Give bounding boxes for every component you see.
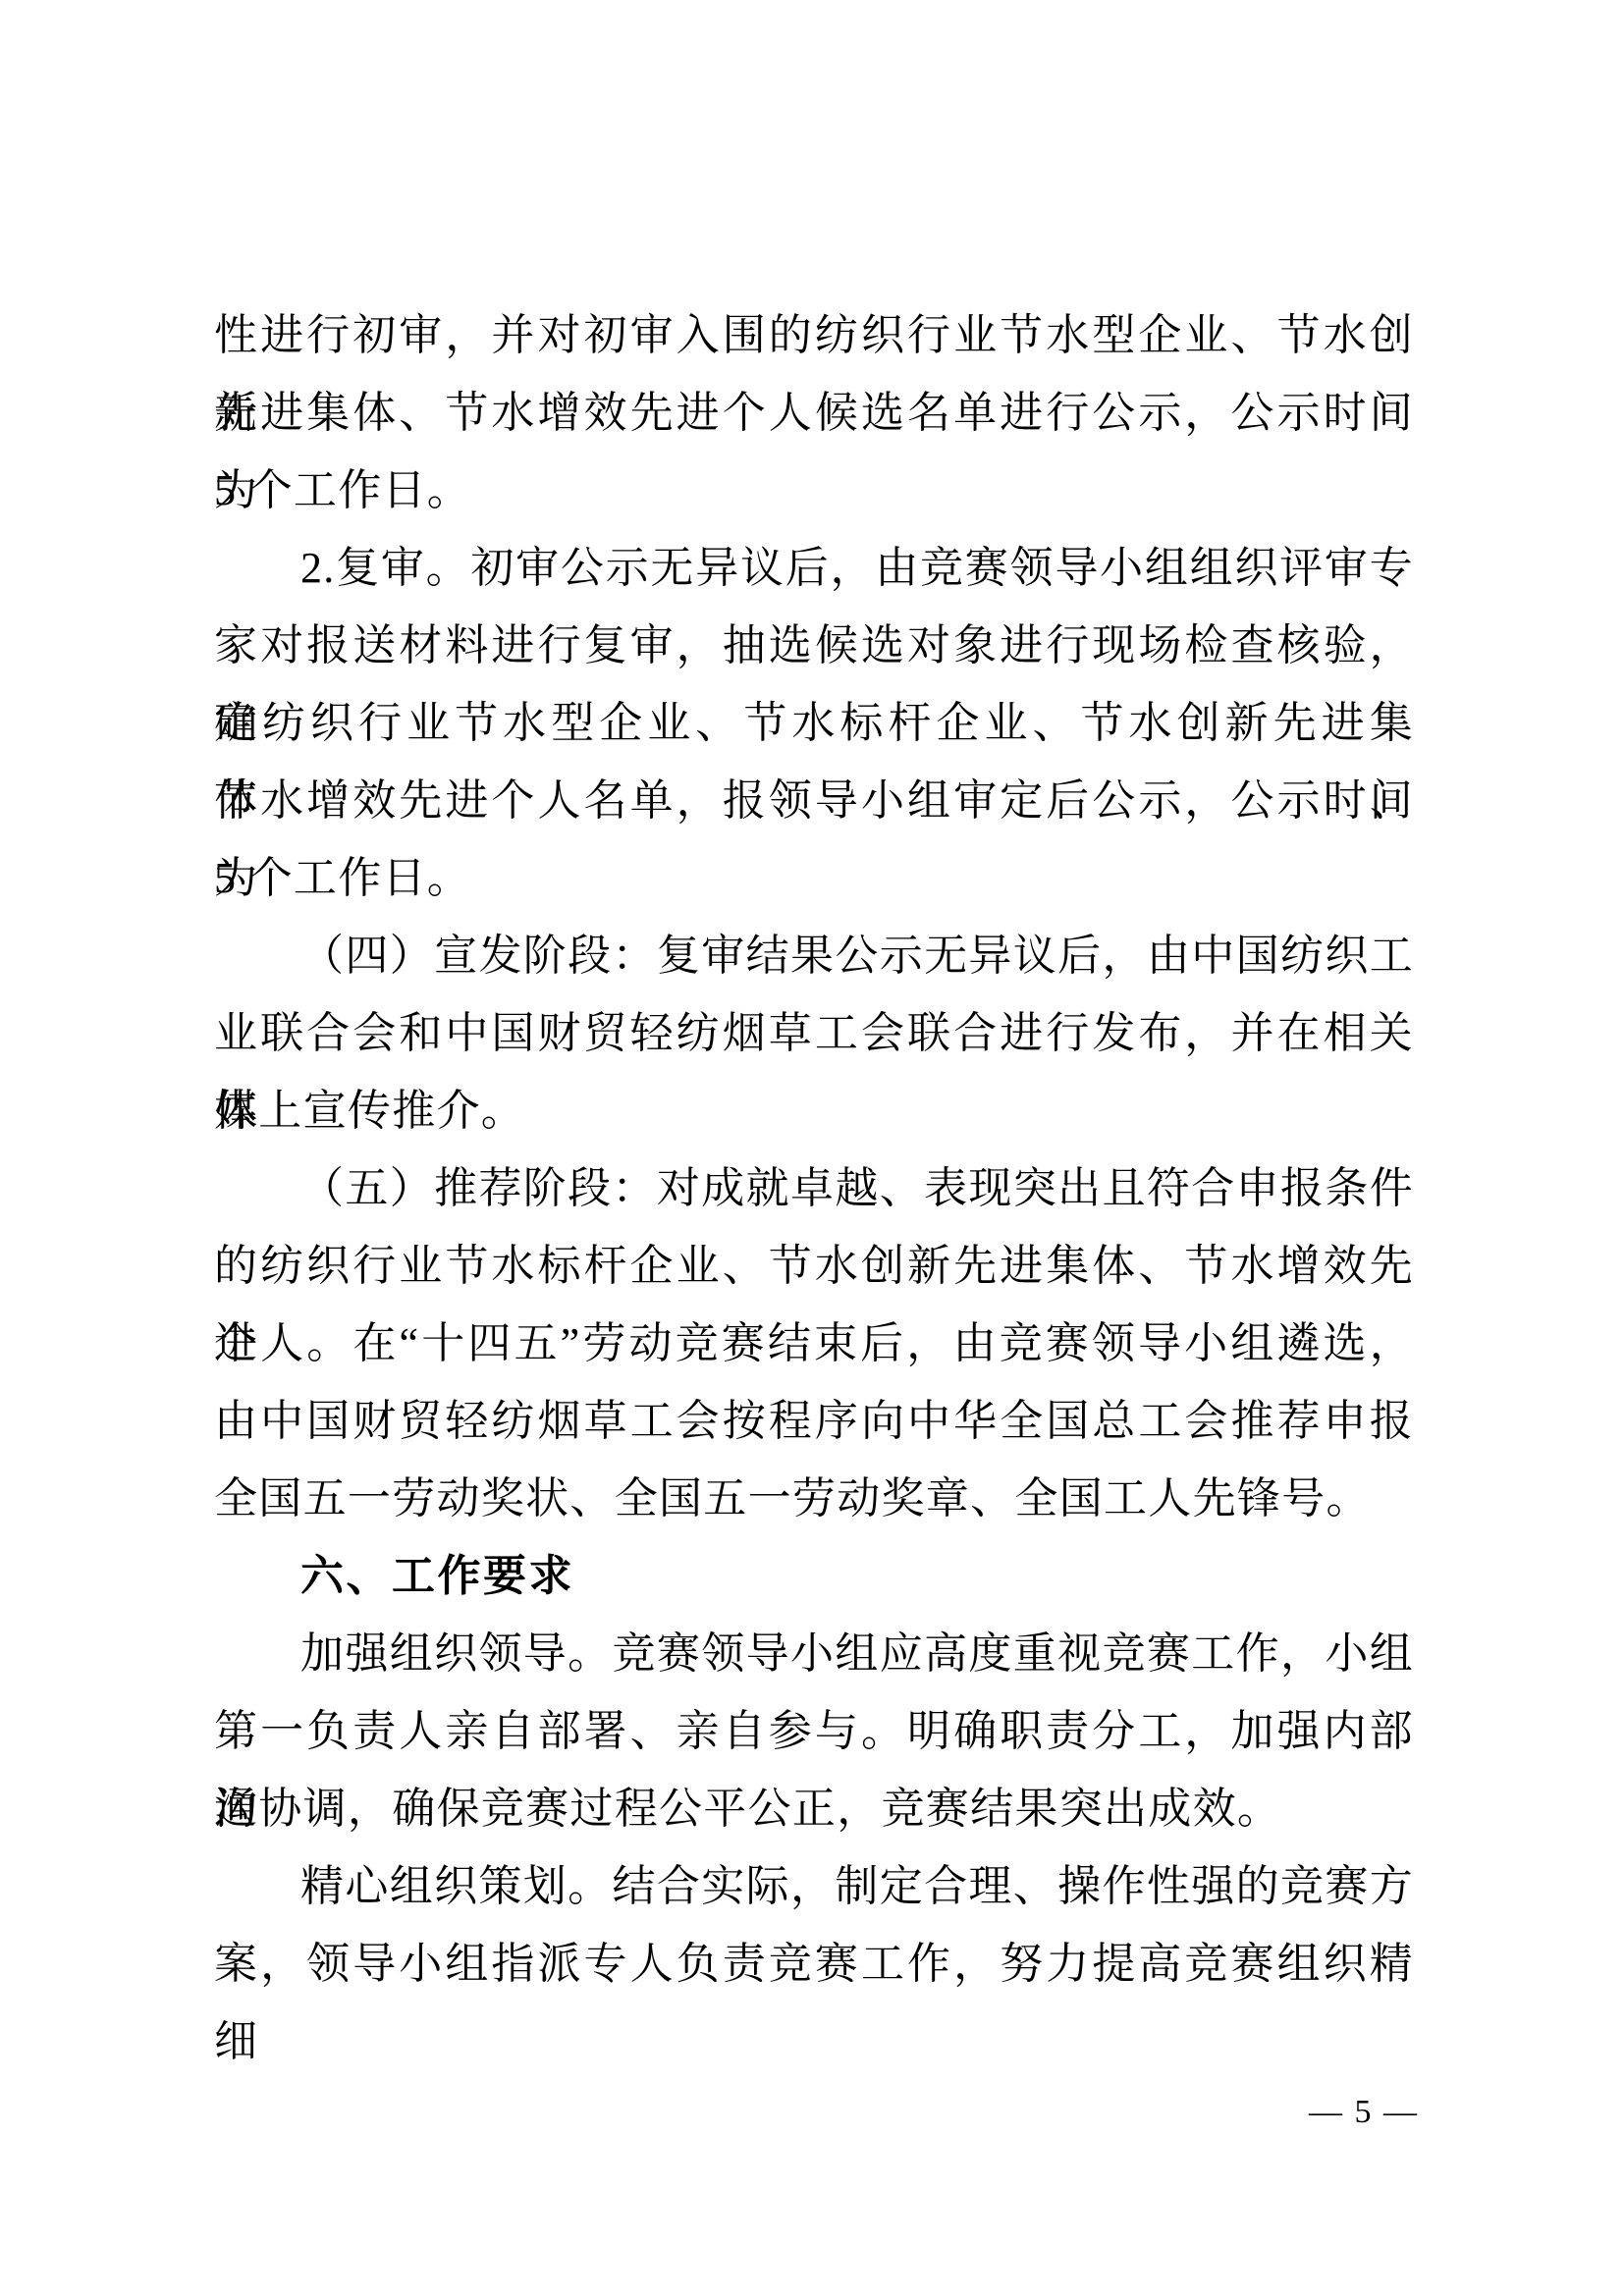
text-line: 个人。在“十四五”劳动竞赛结束后，由竞赛领导小组遴选，	[214, 1305, 1414, 1382]
text-line: 加强组织领导。竞赛领导小组应高度重视竞赛工作，小组	[214, 1615, 1414, 1692]
text-line: 先进集体、节水增效先进个人候选名单进行公示，公示时间为	[214, 374, 1414, 452]
text-line: 家对报送材料进行复审，抽选候选对象进行现场检查核验，确	[214, 607, 1414, 684]
text-line: 案，领导小组指派专人负责竞赛工作，努力提高竞赛组织精细	[214, 1925, 1414, 2002]
text-line: （五）推荐阶段：对成就卓越、表现突出且符合申报条件	[214, 1149, 1414, 1227]
text-line: 性进行初审，并对初审入围的纺织行业节水型企业、节水创新	[214, 296, 1414, 374]
text-line: 定纺织行业节水型企业、节水标杆企业、节水创新先进集体、	[214, 684, 1414, 762]
text-line: （四）宣发阶段：复审结果公示无异议后，由中国纺织工	[214, 917, 1414, 994]
text-line: 5 个工作日。	[214, 839, 1414, 917]
text-line: 2.复审。初审公示无异议后，由竞赛领导小组组织评审专	[214, 529, 1414, 607]
text-line: 通协调，确保竞赛过程公平公正，竞赛结果突出成效。	[214, 1770, 1414, 1847]
text-line: 体上宣传推介。	[214, 1072, 1414, 1149]
text-line: 第一负责人亲自部署、亲自参与。明确职责分工，加强内部沟	[214, 1692, 1414, 1770]
text-line: 全国五一劳动奖状、全国五一劳动奖章、全国工人先锋号。	[214, 1460, 1414, 1537]
text-line: 精心组织策划。结合实际，制定合理、操作性强的竞赛方	[214, 1847, 1414, 1925]
text-line: 5 个工作日。	[214, 452, 1414, 529]
section-heading: 六、工作要求	[214, 1537, 1414, 1615]
text-line: 由中国财贸轻纺烟草工会按程序向中华全国总工会推荐申报	[214, 1382, 1414, 1460]
document-page: 性进行初审，并对初审入围的纺织行业节水型企业、节水创新 先进集体、节水增效先进个…	[0, 0, 1624, 2296]
page-number: — 5 —	[1309, 2089, 1419, 2136]
text-line: 的纺织行业节水标杆企业、节水创新先进集体、节水增效先进	[214, 1227, 1414, 1305]
text-line: 节水增效先进个人名单，报领导小组审定后公示，公示时间为	[214, 762, 1414, 839]
document-body: 性进行初审，并对初审入围的纺织行业节水型企业、节水创新 先进集体、节水增效先进个…	[214, 296, 1414, 2002]
text-line: 业联合会和中国财贸轻纺烟草工会联合进行发布，并在相关媒	[214, 994, 1414, 1072]
